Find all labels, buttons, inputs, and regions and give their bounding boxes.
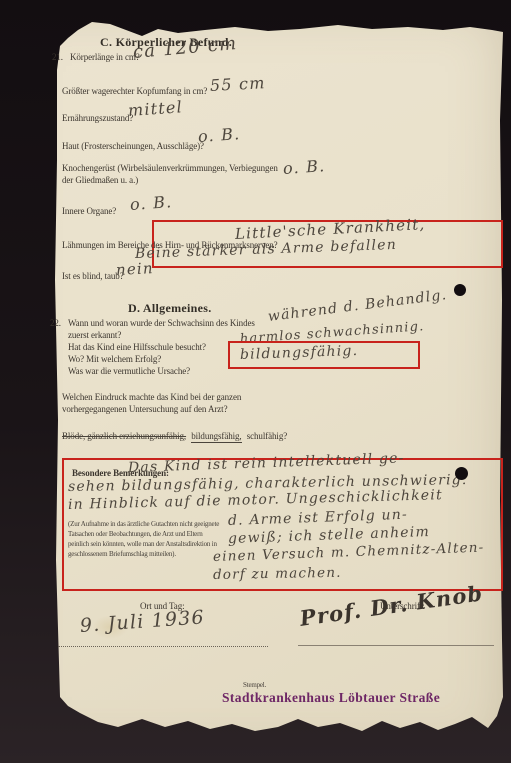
- classification-underlined-text: bildungsfähig,: [191, 431, 241, 443]
- answer-blind-deaf: nein: [116, 259, 155, 279]
- question-22-line5: Was war die vermutliche Ursache?: [68, 366, 190, 376]
- skin-label: Haut (Frosterscheinungen, Ausschläge)?: [62, 141, 204, 151]
- fine-print-line3: peinlich sein könnten, wolle man der Ans…: [68, 540, 217, 548]
- answer-skeleton: o. B.: [282, 156, 326, 178]
- skeleton-label-line2: der Gliedmaßen u. a.): [62, 175, 138, 185]
- inner-organs-label: Innere Organe?: [62, 206, 116, 216]
- question-21-number: 21.: [52, 52, 63, 62]
- fine-print-line4: geschlossenem Briefumschlag mitteilen).: [68, 550, 176, 558]
- impression-label-line2: vorhergegangenen Untersuchung auf den Ar…: [62, 404, 227, 414]
- answer-nutrition: mittel: [127, 97, 183, 120]
- hospital-stamp: Stadtkrankenhaus Löbtauer Straße: [222, 690, 440, 706]
- date-dotted-line: [58, 630, 268, 647]
- answer-skin: o. B.: [197, 124, 241, 146]
- classification-line: Blöde, gänzlich erziehungsunfähig, bildu…: [62, 431, 287, 441]
- impression-label-line1: Welchen Eindruck machte das Kind bei der…: [62, 392, 241, 402]
- blind-deaf-label: Ist es blind, taub?: [62, 271, 124, 281]
- fine-print-line1: (Zur Aufnahme in das ärztliche Gutachten…: [68, 520, 219, 528]
- answer-inner-organs: o. B.: [129, 192, 173, 214]
- classification-struck-text: Blöde, gänzlich erziehungsunfähig,: [62, 431, 186, 441]
- question-22-line4: Wo? Mit welchem Erfolg?: [68, 354, 161, 364]
- punch-hole-bottom: [455, 467, 468, 480]
- question-22-number: 22.: [50, 318, 61, 328]
- punch-hole-top: [454, 284, 466, 296]
- question-22-line3: Hat das Kind eine Hilfsschule besucht?: [68, 342, 206, 352]
- nutrition-label: Ernährungszustand?: [62, 113, 133, 123]
- skeleton-label-line1: Knochengerüst (Wirbelsäulenverkrümmungen…: [62, 163, 278, 173]
- question-22-line2: zuerst erkannt?: [68, 330, 121, 340]
- answer-head-circumference: 55 cm: [210, 73, 266, 95]
- signature-line: [298, 630, 494, 646]
- remarks-hw-line7: dorf zu machen.: [213, 565, 342, 583]
- question-21-label: Körperlänge in cm?: [70, 52, 140, 62]
- section-d-title: D. Allgemeines.: [128, 301, 212, 316]
- scanned-document: C. Körperlicher Befund. 21. Körperlänge …: [0, 0, 511, 763]
- fine-print-line2: Tatsachen oder Beobachtungen, die Arzt u…: [68, 530, 203, 538]
- classification-rest-text: schulfähig?: [247, 431, 287, 441]
- stamp-label: Stempel.: [243, 681, 266, 689]
- question-22-line1: Wann und woran wurde der Schwachsinn des…: [68, 318, 255, 328]
- head-circumference-label: Größter wagerechter Kopfumfang in cm?: [62, 86, 207, 96]
